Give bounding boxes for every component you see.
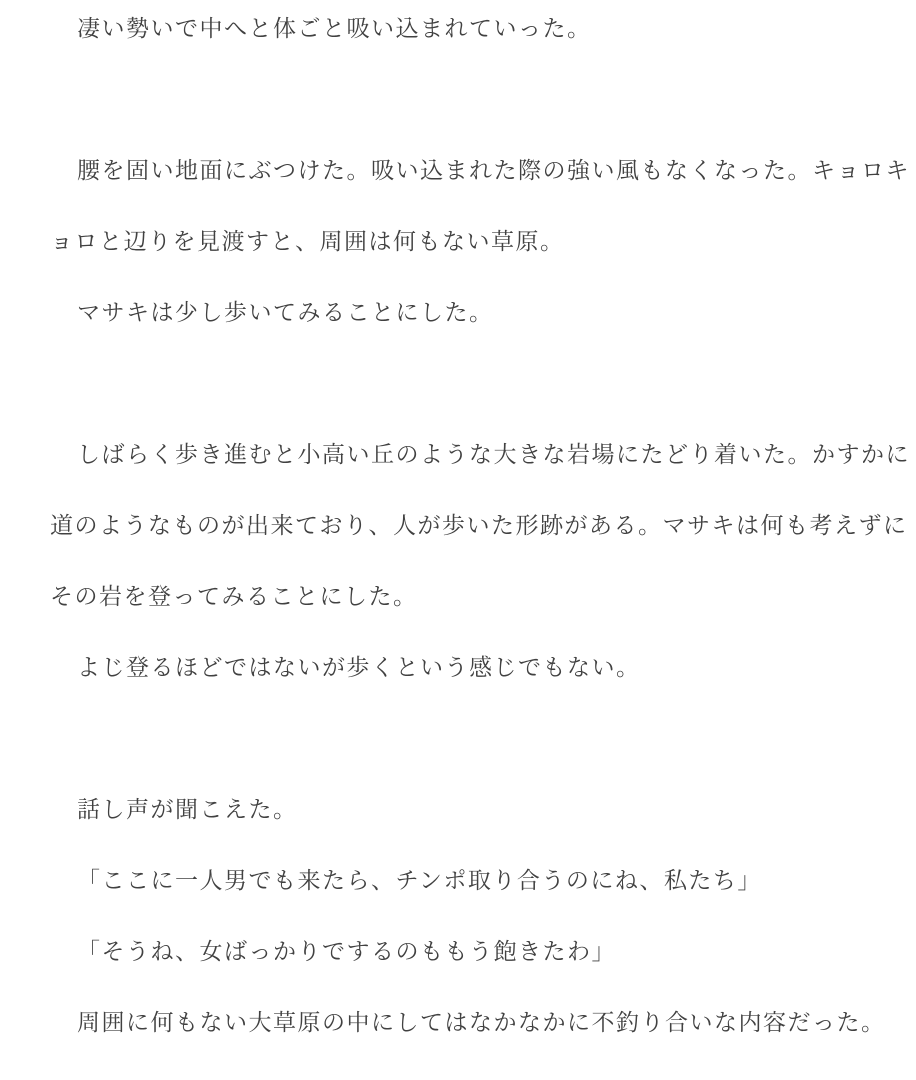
text-line: 話し声が聞こえた。 [50, 774, 906, 845]
blank-line [50, 64, 906, 135]
text-line: マサキは少し歩いてみることにした。 [50, 277, 906, 348]
text-line: ョロと辺りを見渡すと、周囲は何もない草原。 [50, 206, 906, 277]
text-content: 凄い勢いで中へと体ごと吸い込まれていった。腰を固い地面にぶつけた。吸い込まれた際… [0, 0, 916, 1058]
text-line: 腰を固い地面にぶつけた。吸い込まれた際の強い風もなくなった。キョロキ [50, 135, 906, 206]
text-line: 周囲に何もない大草原の中にしてはなかなかに不釣り合いな内容だった。 [50, 987, 906, 1058]
text-line: 「そうね、女ばっかりでするのももう飽きたわ」 [50, 916, 906, 987]
text-line: 道のようなものが出来ており、人が歩いた形跡がある。マサキは何も考えずに [50, 490, 906, 561]
text-line: しばらく歩き進むと小高い丘のような大きな岩場にたどり着いた。かすかに [50, 419, 906, 490]
blank-line [50, 348, 906, 419]
text-line: よじ登るほどではないが歩くという感じでもない。 [50, 632, 906, 703]
text-line: 「ここに一人男でも来たら、チンポ取り合うのにね、私たち」 [50, 845, 906, 916]
text-line: 凄い勢いで中へと体ごと吸い込まれていった。 [50, 0, 906, 64]
text-line: その岩を登ってみることにした。 [50, 561, 906, 632]
blank-line [50, 703, 906, 774]
novel-text-page: 凄い勢いで中へと体ごと吸い込まれていった。腰を固い地面にぶつけた。吸い込まれた際… [0, 0, 916, 1073]
